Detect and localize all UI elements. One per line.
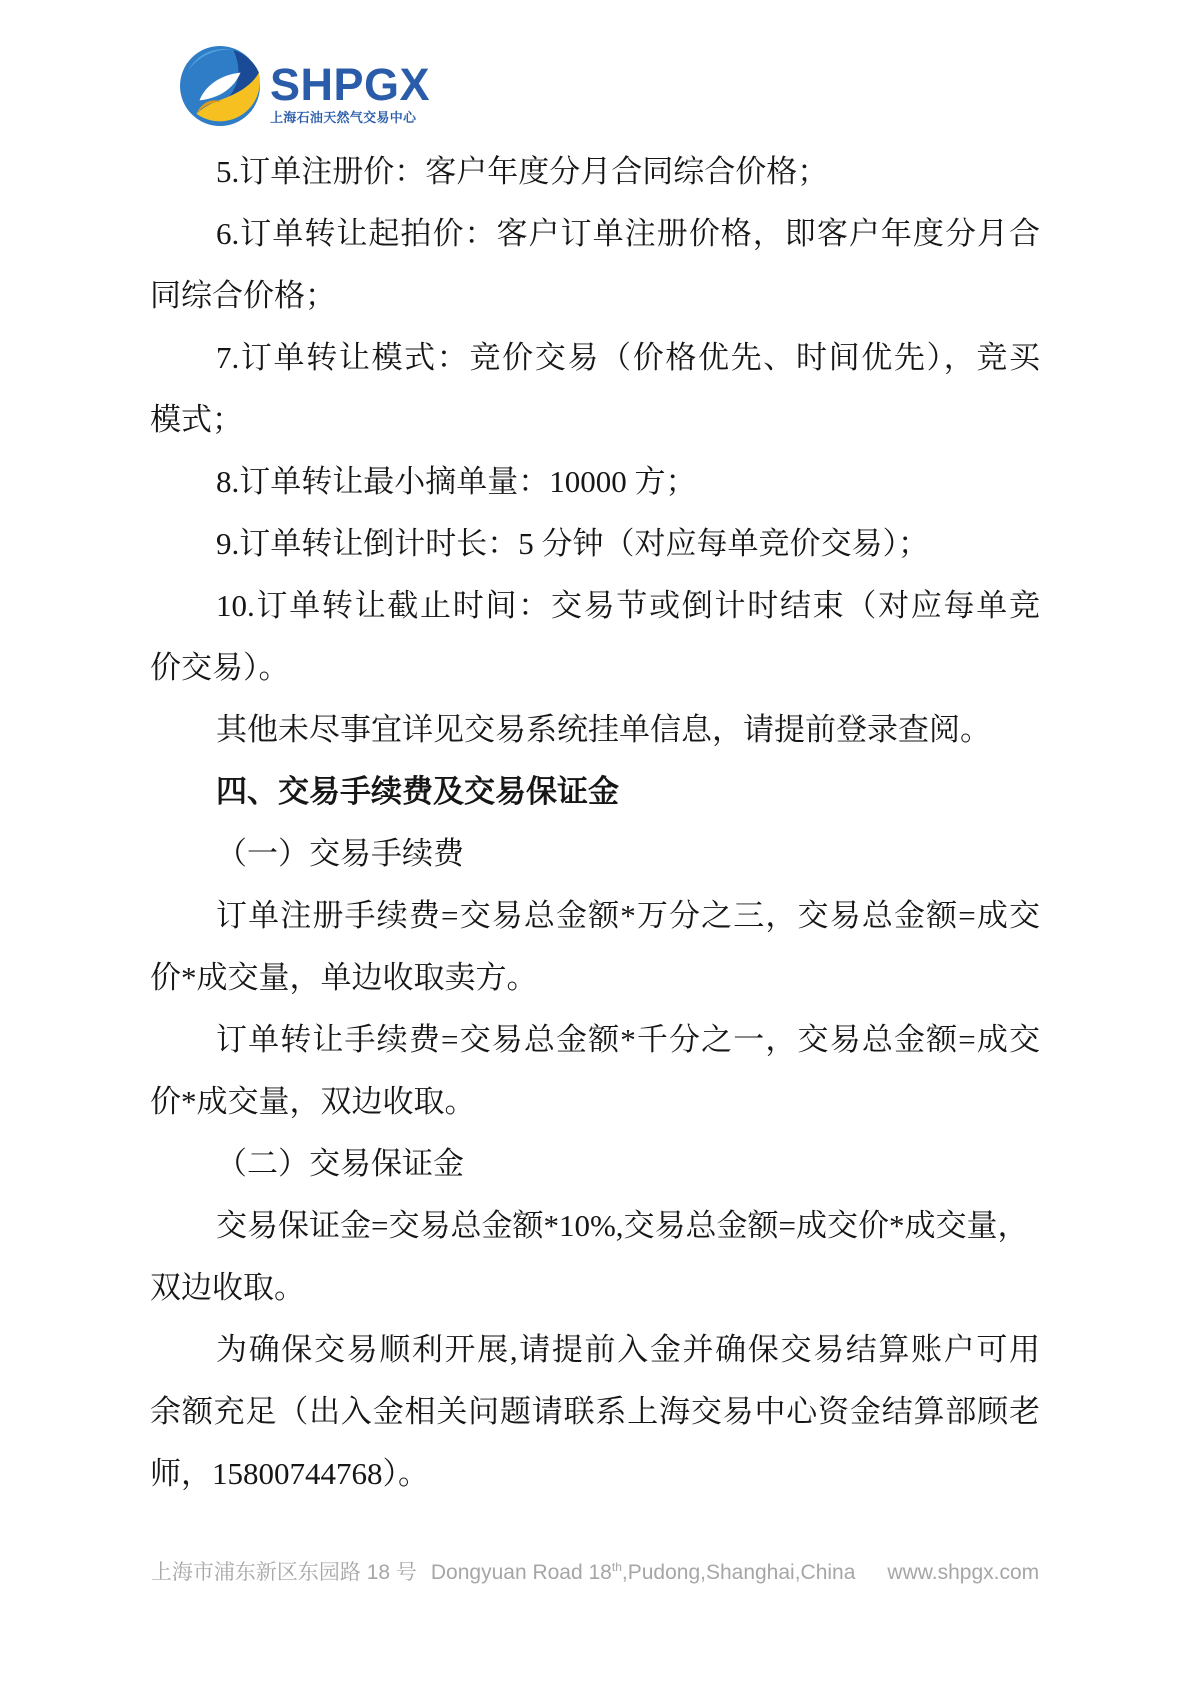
- text-line: 6.订单转让起拍价：客户订单注册价格，即客户年度分月合: [150, 203, 1040, 265]
- text-line: 双边收取。: [150, 1257, 1040, 1319]
- shpgx-logo: SHPGX 上海石油天然气交易中心: [180, 46, 430, 126]
- text-line: 交易保证金=交易总金额*10%,交易总金额=成交价*成交量，: [150, 1195, 1040, 1257]
- text-line: 价*成交量，单边收取卖方。: [150, 947, 1040, 1009]
- text-line: 8.订单转让最小摘单量：10000 方；: [150, 451, 1040, 513]
- text-line: 余额充足（出入金相关问题请联系上海交易中心资金结算部顾老: [150, 1381, 1040, 1443]
- text-line: 7.订单转让模式：竞价交易（价格优先、时间优先），竞买: [150, 327, 1040, 389]
- footer-ordinal-sup: th: [612, 1560, 622, 1574]
- footer-address-cn: 上海市浦东新区东园路 18 号: [151, 1561, 417, 1584]
- text-line: 同综合价格；: [150, 265, 1040, 327]
- text-line: 订单注册手续费=交易总金额*万分之三，交易总金额=成交: [150, 885, 1040, 947]
- text-line: （一）交易手续费: [150, 823, 1040, 885]
- text-line: 5.订单注册价：客户年度分月合同综合价格；: [150, 141, 1040, 203]
- text-line: （二）交易保证金: [150, 1133, 1040, 1195]
- text-line: 价交易）。: [150, 637, 1040, 699]
- text-line: 师，15800744768）。: [150, 1443, 1040, 1505]
- page-footer: 上海市浦东新区东园路 18 号Dongyuan Road 18th,Pudong…: [0, 1556, 1190, 1586]
- text-line: 价*成交量，双边收取。: [150, 1071, 1040, 1133]
- shpgx-logo-icon: [180, 46, 260, 126]
- logo-text-block: SHPGX 上海石油天然气交易中心: [270, 46, 430, 124]
- text-line: 10.订单转让截止时间：交易节或倒计时结束（对应每单竞: [150, 575, 1040, 637]
- logo-brand-text: SHPGX: [270, 62, 430, 107]
- footer-address-en: Dongyuan Road 18th,Pudong,Shanghai,China: [431, 1561, 856, 1584]
- text-line: 9.订单转让倒计时长：5 分钟（对应每单竞价交易）；: [150, 513, 1040, 575]
- text-line: 模式；: [150, 389, 1040, 451]
- text-line: 其他未尽事宜详见交易系统挂单信息，请提前登录查阅。: [150, 699, 1040, 761]
- text-line: 订单转让手续费=交易总金额*千分之一，交易总金额=成交: [150, 1009, 1040, 1071]
- logo-tagline: 上海石油天然气交易中心: [270, 111, 430, 124]
- footer-website: www.shpgx.com: [887, 1561, 1039, 1584]
- document-page: SHPGX 上海石油天然气交易中心 5.订单注册价：客户年度分月合同综合价格；6…: [0, 0, 1190, 1684]
- text-line: 为确保交易顺利开展,请提前入金并确保交易结算账户可用: [150, 1319, 1040, 1381]
- section-heading: 四、交易手续费及交易保证金: [150, 761, 1040, 823]
- document-body: 5.订单注册价：客户年度分月合同综合价格；6.订单转让起拍价：客户订单注册价格，…: [150, 141, 1040, 1505]
